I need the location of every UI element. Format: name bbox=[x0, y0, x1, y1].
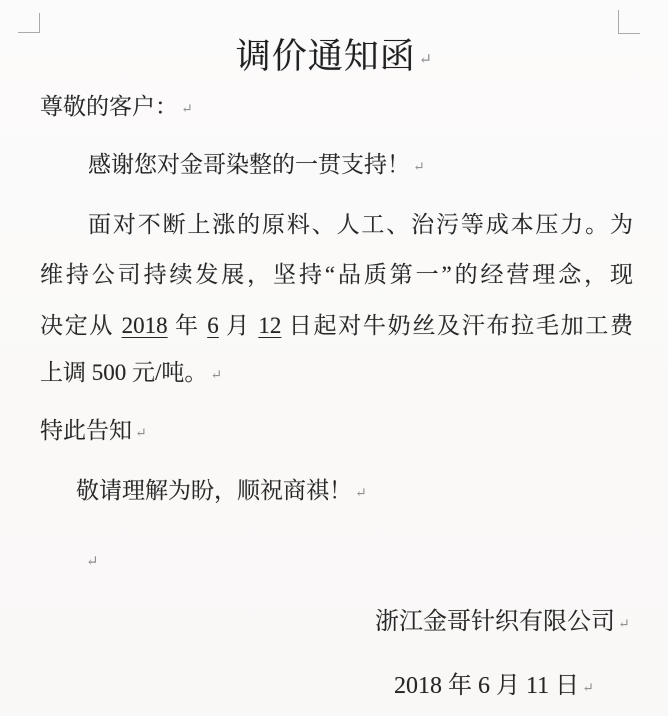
pilcrow-icon: ↵ bbox=[352, 480, 367, 509]
notice-text: 特此告知 bbox=[40, 418, 132, 443]
pilcrow-icon: ↵ bbox=[178, 96, 193, 125]
margin-mark-left-icon bbox=[18, 13, 40, 33]
effective-year: 2018 bbox=[122, 313, 168, 338]
pilcrow-icon: ↵ bbox=[410, 154, 425, 183]
pilcrow-icon: ↵ bbox=[416, 40, 432, 80]
body-line-1-text: 面对不断上涨的原料、人工、治污等成本压力。为 bbox=[88, 212, 633, 237]
thanks-text: 感谢您对金哥染整的一贯支持！ bbox=[88, 152, 410, 177]
pilcrow-icon: ↵ bbox=[132, 420, 147, 449]
letter-title-text: 调价通知函 bbox=[236, 37, 416, 76]
body-line-3-seg1: 决定从 bbox=[40, 313, 122, 338]
salutation-text: 尊敬的客户： bbox=[40, 94, 178, 119]
effective-day: 12 bbox=[258, 313, 281, 338]
body-line-3-seg4: 日起对牛奶丝及汗布拉毛加工费 bbox=[281, 313, 633, 338]
pilcrow-icon: ↵ bbox=[615, 611, 630, 640]
signature-date: 2018 年 6 月 11 日 bbox=[394, 673, 579, 699]
letter-title: 调价通知函↵ bbox=[0, 36, 668, 81]
pilcrow-icon: ↵ bbox=[207, 362, 222, 391]
body-line-3: 决定从 2018 年 6 月 12 日起对牛奶丝及汗布拉毛加工费 bbox=[40, 311, 633, 341]
closing-line: 敬请理解为盼，顺祝商祺！↵ bbox=[76, 476, 367, 509]
closing-text: 敬请理解为盼，顺祝商祺！ bbox=[76, 478, 352, 503]
margin-mark-right-icon bbox=[618, 10, 640, 34]
empty-line-pilcrow-icon: ↵ bbox=[86, 552, 99, 571]
effective-month: 6 bbox=[207, 313, 219, 338]
body-line-2-text: 维持公司持续发展，坚持“品质第一”的经营理念，现 bbox=[40, 262, 633, 287]
company-name: 浙江金哥针织有限公司 bbox=[375, 609, 615, 635]
notice-line: 特此告知↵ bbox=[40, 416, 147, 449]
thanks-line: 感谢您对金哥染整的一贯支持！↵ bbox=[88, 150, 425, 183]
document-page: 调价通知函↵ 尊敬的客户：↵ 感谢您对金哥染整的一贯支持！↵ 面对不断上涨的原料… bbox=[0, 0, 668, 716]
pilcrow-icon: ↵ bbox=[579, 675, 594, 704]
body-line-3-seg3: 月 bbox=[219, 313, 259, 338]
body-line-3-seg2: 年 bbox=[168, 313, 208, 338]
body-line-1: 面对不断上涨的原料、人工、治污等成本压力。为 bbox=[40, 210, 633, 240]
body-line-2: 维持公司持续发展，坚持“品质第一”的经营理念，现 bbox=[40, 260, 633, 290]
company-signature-line: 浙江金哥针织有限公司↵ bbox=[375, 607, 630, 640]
signature-date-line: 2018 年 6 月 11 日↵ bbox=[394, 671, 594, 704]
body-line-4-text: 上调 500 元/吨。 bbox=[40, 360, 207, 385]
body-line-4: 上调 500 元/吨。↵ bbox=[40, 358, 222, 391]
salutation-line: 尊敬的客户：↵ bbox=[40, 92, 193, 125]
